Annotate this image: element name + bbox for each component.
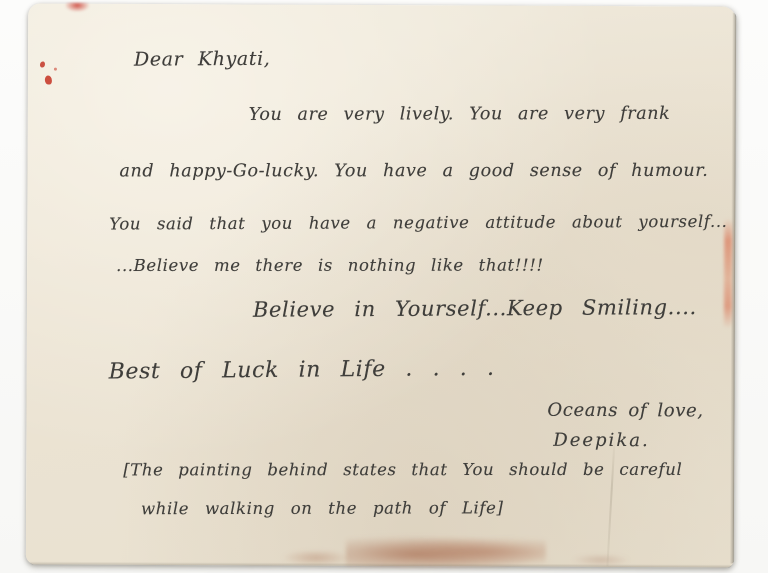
letter-line: ...Believe me there is nothing like that…: [116, 256, 544, 275]
letter-line: and happy-Go-lucky. You have a good sens…: [119, 161, 708, 182]
red-ink-speck: [45, 76, 52, 85]
letter-postscript-line: [The painting behind states that You sho…: [123, 460, 682, 479]
letter-photo: Dear Khyati, You are very lively. You ar…: [0, 0, 768, 573]
letter-line: You are very lively. You are very frank: [249, 104, 671, 125]
paper-crease: [606, 436, 615, 566]
red-ink-speck: [40, 62, 45, 68]
letter-postscript-line: while walking on the path of Life]: [141, 498, 504, 518]
red-ink-speck: [38, 92, 42, 96]
letter-line-emphasis: Believe in Yourself...Keep Smiling....: [253, 295, 697, 322]
letter-line: You said that you have a negative attitu…: [109, 212, 727, 234]
letter-paper: Dear Khyati, You are very lively. You ar…: [26, 3, 736, 567]
red-ink-smudge-top: [65, 3, 89, 12]
paper-edge-shadow-right: [730, 13, 736, 564]
red-ink-speck: [54, 68, 57, 71]
letter-salutation: Dear Khyati,: [134, 48, 271, 71]
letter-valediction: Oceans of love,: [547, 400, 703, 422]
paper-edge-shadow-bottom: [30, 561, 732, 567]
letter-line-emphasis: Best of Luck in Life . . . .: [109, 356, 495, 385]
letter-signature: Deepika.: [553, 430, 649, 451]
